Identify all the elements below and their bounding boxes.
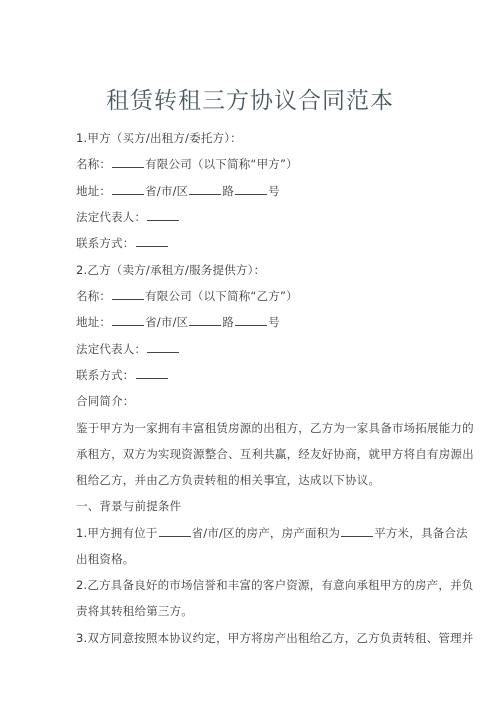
party-b-province-label: 省/市/区: [145, 315, 188, 329]
party-b-heading: 2.乙方（卖方/承租方/服务提供方）：: [76, 262, 265, 278]
party-a-name-blank: [112, 157, 144, 168]
section-heading: 一、背景与前提条件: [76, 498, 181, 514]
party-b-name: 名称：有限公司（以下简称“乙方”）: [76, 288, 298, 304]
party-a-number-blank: [235, 184, 267, 195]
party-a-heading: 1.甲方（买方/出租方/委托方）：: [76, 130, 242, 146]
party-a-contact-blank: [136, 236, 168, 247]
intro-line: 鉴于甲方为一家拥有丰富租赁房源的出租方，乙方为一家具备市场拓展能力的: [76, 420, 474, 436]
party-b-contact: 联系方式：: [76, 367, 169, 383]
party-a-contact: 联系方式：: [76, 235, 169, 251]
party-b-legal-rep: 法定代表人：: [76, 341, 180, 357]
clause-1-text: 平方米，具备合法: [374, 526, 468, 540]
party-a-name: 名称：有限公司（以下简称“甲方”）: [76, 156, 298, 172]
party-a-name-suffix: 有限公司（以下简称“甲方”）: [145, 157, 298, 171]
party-a-number-label: 号: [268, 184, 280, 198]
party-b-province-blank: [112, 315, 144, 326]
party-a-province-blank: [112, 184, 144, 195]
party-a-road-blank: [189, 184, 221, 195]
party-b-name-label: 名称：: [76, 289, 111, 303]
party-a-legal-rep-blank: [147, 210, 179, 221]
party-b-road-blank: [189, 315, 221, 326]
clause-2: 2.乙方具备良好的市场信誉和丰富的客户资源，有意向承租甲方的房产，并负: [76, 577, 473, 593]
intro-line: 租给乙方，并由乙方负责转租的相关事宜，达成以下协议。: [76, 472, 380, 488]
party-b-address-label: 地址：: [76, 315, 111, 329]
clause-3: 3.双方同意按照本协议约定，甲方将房产出租给乙方，乙方负责转租、管理并: [76, 630, 473, 646]
party-a-road-label: 路: [222, 184, 234, 198]
intro-heading: 合同简介：: [76, 393, 135, 409]
party-b-legal-rep-label: 法定代表人：: [76, 342, 146, 356]
party-b-road-label: 路: [222, 315, 234, 329]
clause-1: 1.甲方拥有位于省/市/区的房产，房产面积为平方米，具备合法: [76, 525, 468, 541]
clause-1-text: 1.甲方拥有位于: [76, 526, 158, 540]
party-a-legal-rep: 法定代表人：: [76, 209, 180, 225]
party-b-number-label: 号: [268, 315, 280, 329]
clause-1-location-blank: [159, 526, 191, 537]
party-a-address: 地址：省/市/区路号: [76, 183, 280, 199]
party-b-name-suffix: 有限公司（以下简称“乙方”）: [145, 289, 298, 303]
party-a-province-label: 省/市/区: [145, 184, 188, 198]
document-title: 租赁转租三方协议合同范本: [0, 82, 500, 115]
intro-line: 承租方，双方为实现资源整合、互利共赢，经友好协商，就甲方将自有房源出: [76, 446, 474, 462]
document-page: 租赁转租三方协议合同范本 1.甲方（买方/出租方/委托方）： 名称：有限公司（以…: [0, 0, 500, 707]
party-b-name-blank: [112, 289, 144, 300]
party-b-number-blank: [235, 315, 267, 326]
party-b-contact-label: 联系方式：: [76, 368, 135, 382]
clause-1-area-blank: [341, 526, 373, 537]
party-a-legal-rep-label: 法定代表人：: [76, 210, 146, 224]
party-b-contact-blank: [136, 368, 168, 379]
clause-1-continued: 出租资格。: [76, 551, 135, 567]
party-a-name-label: 名称：: [76, 157, 111, 171]
clause-1-text: 省/市/区的房产，房产面积为: [192, 526, 341, 540]
party-a-contact-label: 联系方式：: [76, 236, 135, 250]
party-a-address-label: 地址：: [76, 184, 111, 198]
party-b-legal-rep-blank: [147, 342, 179, 353]
party-b-address: 地址：省/市/区路号: [76, 314, 280, 330]
clause-2-continued: 责将其转租给第三方。: [76, 603, 193, 619]
